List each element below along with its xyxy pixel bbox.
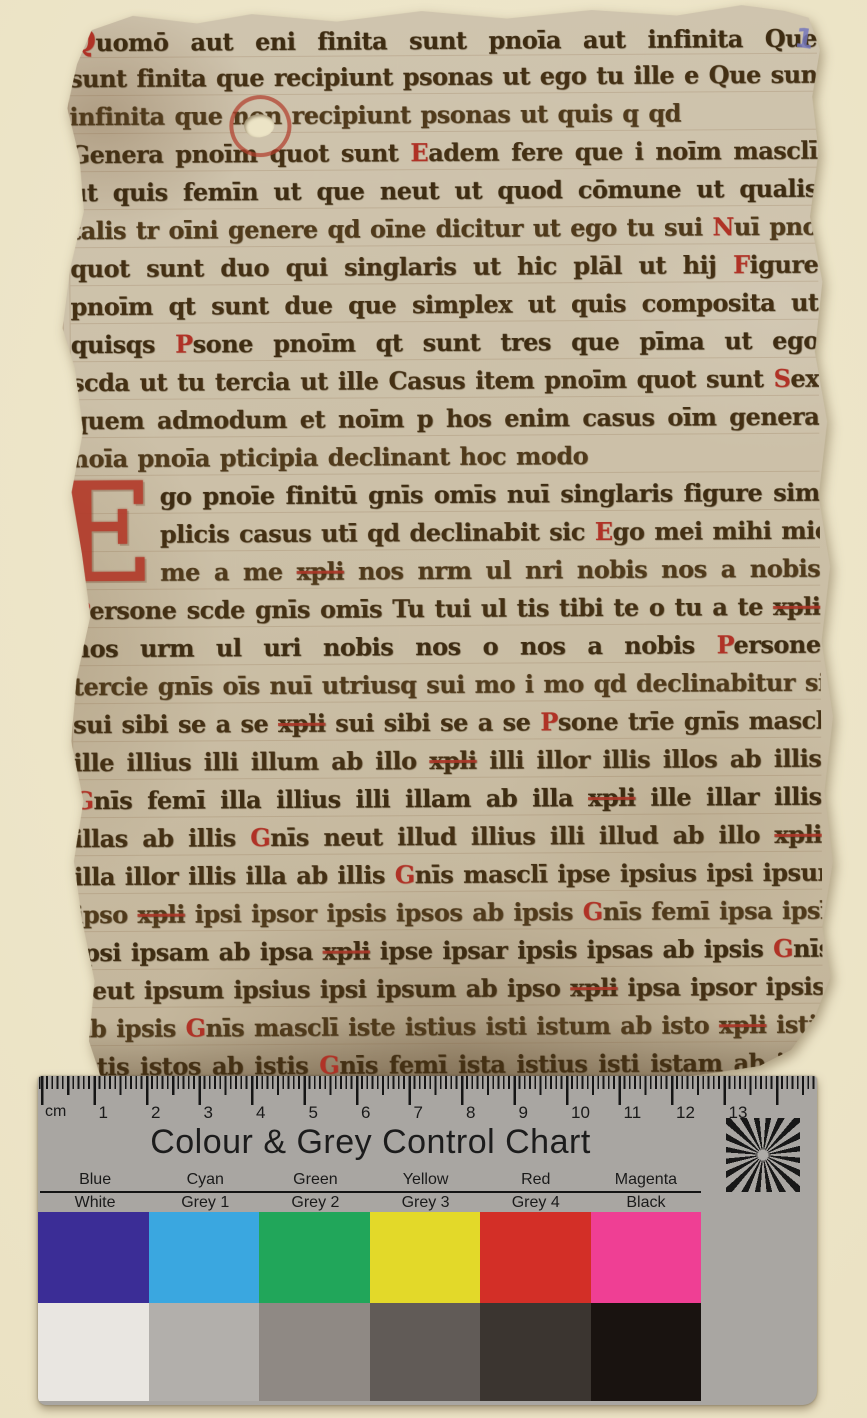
starburst-icon bbox=[726, 1118, 800, 1192]
manuscript-line: quem admodum et noīm p hos enim casus oī… bbox=[71, 398, 819, 441]
manuscript-line: sunt finita que recipiunt psonas ut ego … bbox=[69, 56, 817, 99]
color-patch-label: Yellow bbox=[370, 1171, 480, 1189]
patch-labels: Blue Cyan Green Yellow Red Magenta White bbox=[40, 1171, 701, 1212]
patch-swatches bbox=[38, 1212, 701, 1401]
cm-ruler: cm 1 2 3 4 5 6 7 8 9 10 11 bbox=[38, 1076, 817, 1124]
grey-patch-label: Black bbox=[591, 1194, 701, 1212]
manuscript-line: ipsi ipsam ab ipsa xpli ipse ipsar ipsis… bbox=[74, 930, 822, 973]
color-swatch bbox=[370, 1212, 481, 1303]
color-label-row: Blue Cyan Green Yellow Red Magenta bbox=[40, 1171, 701, 1189]
grey-patch-label: Grey 2 bbox=[260, 1194, 370, 1212]
grey-swatch bbox=[149, 1303, 260, 1401]
grey-swatch-row bbox=[38, 1303, 701, 1401]
manuscript-line: Quomō aut eni finita sunt pnoīa aut infi… bbox=[69, 18, 817, 61]
manuscript-line: nos urm ul uri nobis nos o nos a nobis P… bbox=[72, 626, 820, 669]
manuscript-line: infinita que non recipiunt psonas ut qui… bbox=[69, 94, 817, 137]
color-swatch bbox=[38, 1212, 149, 1303]
ruler-number: 7 bbox=[414, 1103, 423, 1123]
manuscript-line: go pnoīe finitū gnīs omīs nuī singlaris … bbox=[72, 474, 820, 517]
manuscript-line: Genera pnoīm quot sunt Eadem fere que i … bbox=[69, 132, 817, 175]
manuscript-line: pnoīm qt sunt due que simplex ut quis co… bbox=[70, 284, 818, 327]
manuscript-line: Gnīs femī illa illius illi illam ab illa… bbox=[73, 778, 821, 821]
ruler-unit-label: cm bbox=[45, 1103, 66, 1121]
manuscript-line: sui sibi se a se xpli sui sibi se a se P… bbox=[73, 702, 821, 745]
label-divider-line bbox=[40, 1191, 701, 1193]
photographed-manuscript-scene: Quomō aut eni finita sunt pnoīa aut infi… bbox=[0, 0, 867, 1418]
grey-patch-label: White bbox=[40, 1194, 150, 1212]
manuscript-line: plicis casus utī qd declinabit sic Ego m… bbox=[72, 512, 820, 555]
ruler-number: 12 bbox=[676, 1103, 695, 1123]
color-swatch-row bbox=[38, 1212, 701, 1303]
manuscript-line: tercie gnīs oīs nuī utriusq sui mo i mo … bbox=[73, 664, 821, 707]
manuscript-line: me a me xpli nos nrm ul nri nobis nos a … bbox=[72, 550, 820, 593]
ruler-number: 1 bbox=[99, 1103, 108, 1123]
color-swatch bbox=[591, 1212, 702, 1303]
manuscript-line: ab ipsis Gnīs masclī iste istius isti is… bbox=[75, 1006, 823, 1049]
ruler-number: 2 bbox=[151, 1103, 160, 1123]
ruler-number: 6 bbox=[361, 1103, 370, 1123]
color-patch-label: Red bbox=[481, 1171, 591, 1189]
grey-label-row: White Grey 1 Grey 2 Grey 3 Grey 4 Black bbox=[40, 1194, 701, 1212]
color-patch-label: Green bbox=[260, 1171, 370, 1189]
manuscript-line: ille illius illi illum ab illo xpli illi… bbox=[73, 740, 821, 783]
parchment-surface: Quomō aut eni finita sunt pnoīa aut infi… bbox=[37, 2, 844, 1099]
color-swatch bbox=[259, 1212, 370, 1303]
ruler-number: 10 bbox=[571, 1103, 590, 1123]
ruler-number: 9 bbox=[519, 1103, 528, 1123]
parchment-leaf: Quomō aut eni finita sunt pnoīa aut infi… bbox=[37, 2, 844, 1099]
manuscript-line: Persone scde gnīs omīs Tu tui ul tis tib… bbox=[72, 588, 820, 631]
manuscript-line: ut quis femīn ut que neut ut quod cōmune… bbox=[70, 170, 818, 213]
manuscript-line: quisqs Psone pnoīm qt sunt tres que pīma… bbox=[71, 322, 819, 365]
rubricated-initial-letter: E bbox=[39, 458, 158, 609]
parchment-hole-gap bbox=[242, 111, 276, 140]
color-swatch bbox=[480, 1212, 591, 1303]
grey-patch-label: Grey 1 bbox=[150, 1194, 260, 1212]
manuscript-line: illas ab illis Gnīs neut illud illius il… bbox=[74, 816, 822, 859]
ruler-number: 4 bbox=[256, 1103, 265, 1123]
color-patch-label: Cyan bbox=[150, 1171, 260, 1189]
colour-grey-control-chart: cm 1 2 3 4 5 6 7 8 9 10 11 bbox=[38, 1076, 817, 1405]
color-swatch bbox=[149, 1212, 260, 1303]
grey-swatch bbox=[480, 1303, 591, 1401]
ruler-number: 3 bbox=[204, 1103, 213, 1123]
ruler-number: 5 bbox=[309, 1103, 318, 1123]
grey-swatch bbox=[370, 1303, 481, 1401]
manuscript-line: talis tr oīni genere qd oīne dicitur ut … bbox=[70, 208, 818, 251]
grey-swatch bbox=[591, 1303, 702, 1401]
grey-patch-label: Grey 4 bbox=[481, 1194, 591, 1212]
ruler-number: 11 bbox=[624, 1103, 642, 1123]
color-patch-label: Magenta bbox=[591, 1171, 701, 1189]
manuscript-line: scda ut tu tercia ut ille Casus item pno… bbox=[71, 360, 819, 403]
grey-patch-label: Grey 3 bbox=[370, 1194, 480, 1212]
manuscript-line: illa illor illis illa ab illis Gnīs masc… bbox=[74, 854, 822, 897]
ruler-number: 8 bbox=[466, 1103, 475, 1123]
manuscript-text-block: Quomō aut eni finita sunt pnoīa aut infi… bbox=[69, 18, 823, 1087]
manuscript-line: neut ipsum ipsius ipsi ipsum ab ipso xpl… bbox=[75, 968, 823, 1011]
grey-swatch bbox=[259, 1303, 370, 1401]
manuscript-line: ipso xpli ipsi ipsor ipsis ipsos ab ipsi… bbox=[74, 892, 822, 935]
grey-swatch bbox=[38, 1303, 149, 1401]
ruler-cm-ticks bbox=[38, 1076, 817, 1105]
manuscript-line: noīa pnoīa pticipia declinant hoc modo bbox=[71, 436, 819, 479]
manuscript-line: quot sunt duo qui singlaris ut hic plāl … bbox=[70, 246, 818, 289]
chart-title: Colour & Grey Control Chart bbox=[40, 1123, 701, 1162]
color-patch-label: Blue bbox=[40, 1171, 150, 1189]
